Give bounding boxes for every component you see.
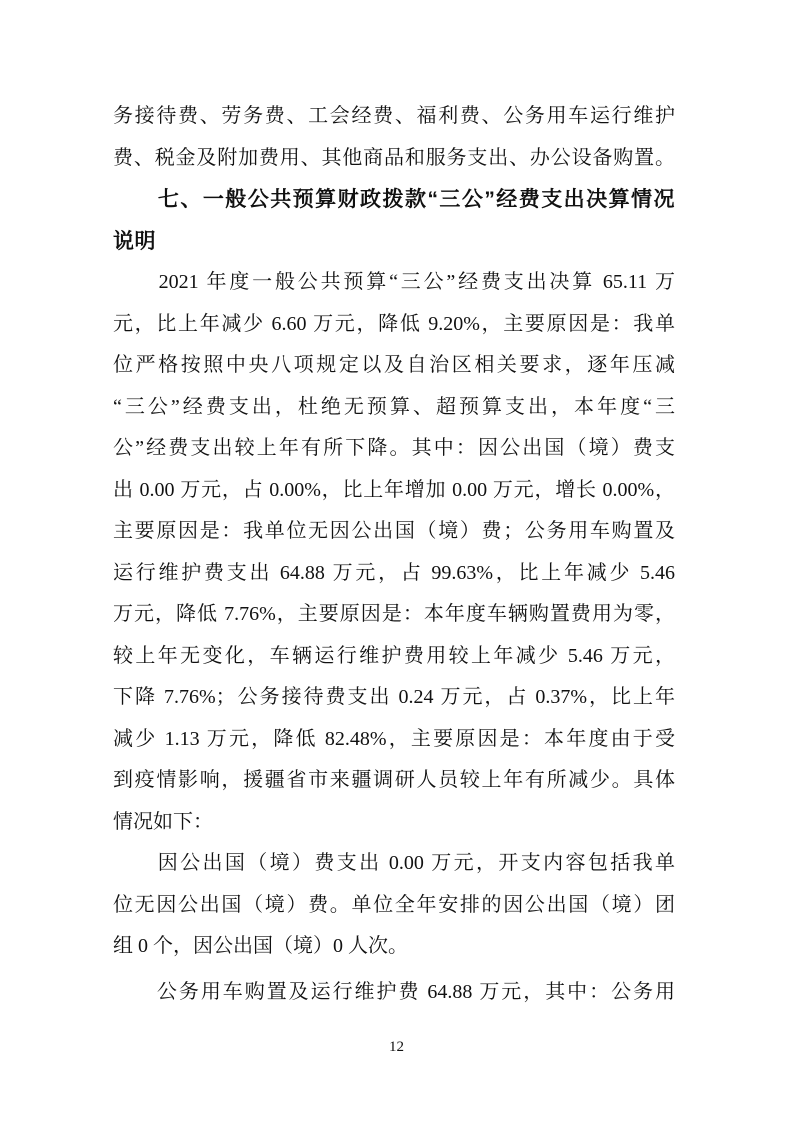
section-heading-seven: 七、一般公共预算财政拨款“三公”经费支出决算情况说明 xyxy=(113,179,675,262)
text-line: 2021 年度一般公共预算“三公”经费支出决算 65.11 万 xyxy=(113,262,675,304)
text-line: 费、税金及附加费用、其他商品和服务支出、办公设备购置。 xyxy=(113,138,675,180)
text-line: 万元，降低 7.76%，主要原因是：本年度车辆购置费用为零， xyxy=(113,594,675,636)
text-line: 到疫情影响，援疆省市来疆调研人员较上年有所减少。具体 xyxy=(113,760,675,802)
text-line: 位无因公出国（境）费。单位全年安排的因公出国（境）团 xyxy=(113,885,675,927)
para-abroad-expense-detail: 因公出国（境）费支出 0.00 万元，开支内容包括我单位无因公出国（境）费。单位… xyxy=(113,843,675,968)
text-line: 下降 7.76%；公务接待费支出 0.24 万元，占 0.37%，比上年 xyxy=(113,677,675,719)
text-line: 情况如下： xyxy=(113,802,675,844)
text-line: 组 0 个，因公出国（境）0 人次。 xyxy=(113,926,675,968)
text-line: 元，比上年减少 6.60 万元，降低 9.20%，主要原因是：我单 xyxy=(113,304,675,346)
text-line: 出 0.00 万元，占 0.00%，比上年增加 0.00 万元，增长 0.00%… xyxy=(113,470,675,512)
text-line: 运行维护费支出 64.88 万元，占 99.63%，比上年减少 5.46 xyxy=(113,553,675,595)
text-line: 因公出国（境）费支出 0.00 万元，开支内容包括我单 xyxy=(113,843,675,885)
para-three-public-overview: 2021 年度一般公共预算“三公”经费支出决算 65.11 万元，比上年减少 6… xyxy=(113,262,675,843)
document-page: 务接待费、劳务费、工会经费、福利费、公务用车运行维护费、税金及附加费用、其他商品… xyxy=(0,0,793,1122)
text-line: 主要原因是：我单位无因公出国（境）费；公务用车购置及 xyxy=(113,511,675,553)
para-vehicle-expense-detail: 公务用车购置及运行维护费 64.88 万元，其中：公务用 xyxy=(113,972,675,1014)
text-line: 公务用车购置及运行维护费 64.88 万元，其中：公务用 xyxy=(113,972,675,1014)
page-number: 12 xyxy=(0,1037,793,1057)
text-line: 位严格按照中央八项规定以及自治区相关要求，逐年压减 xyxy=(113,345,675,387)
text-line: 务接待费、劳务费、工会经费、福利费、公务用车运行维护 xyxy=(113,96,675,138)
text-line: 公”经费支出较上年有所下降。其中：因公出国（境）费支 xyxy=(113,428,675,470)
text-line: 七、一般公共预算财政拨款“三公”经费支出决算情况 xyxy=(113,179,675,221)
text-line: 较上年无变化，车辆运行维护费用较上年减少 5.46 万元， xyxy=(113,636,675,678)
text-block: 务接待费、劳务费、工会经费、福利费、公务用车运行维护费、税金及附加费用、其他商品… xyxy=(113,96,675,1013)
text-line: 说明 xyxy=(113,221,675,263)
text-line: “三公”经费支出，杜绝无预算、超预算支出，本年度“三 xyxy=(113,387,675,429)
text-line: 减少 1.13 万元，降低 82.48%，主要原因是：本年度由于受 xyxy=(113,719,675,761)
para-expense-items-continuation: 务接待费、劳务费、工会经费、福利费、公务用车运行维护费、税金及附加费用、其他商品… xyxy=(113,96,675,179)
